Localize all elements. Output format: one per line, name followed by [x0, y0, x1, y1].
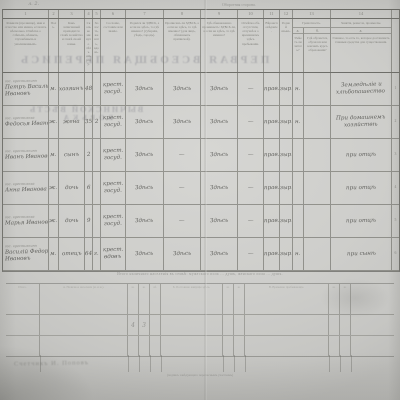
summary-cell [40, 315, 128, 335]
cell-registered-value: Здѣсь [173, 85, 191, 92]
cell-estate: крест.госуд. [101, 172, 126, 204]
cell-sex-value: м. [50, 86, 57, 93]
cell-lives: Здѣсь [201, 139, 238, 171]
estate-value: госуд. [104, 155, 122, 162]
cell-relation-value: дочь [65, 217, 79, 224]
cell-relation-value: отецъ [62, 250, 82, 257]
cell-age-value: 9 [87, 218, 91, 225]
table-row: гос. крестьянинъИванъ Ивановъм.сынъ2крес… [3, 139, 399, 172]
header-literacy-title: Грамотность. [293, 19, 330, 28]
summary-cell [150, 336, 161, 356]
cell-name: гос. крестьянкаАнна Иванова [3, 172, 49, 204]
cell-sex-value: ж. [49, 185, 57, 192]
cell-literacy-b [304, 139, 331, 171]
summary-cell [245, 315, 329, 335]
cell-born: Здѣсь [126, 106, 164, 138]
cell-age-extra-value: 2 [95, 119, 99, 126]
cell-age-value: 2 [87, 152, 91, 159]
header-born: Родился ли ЗДѢСЬ, а если не здѣсь, то гд… [126, 19, 164, 72]
cell-occupation: при отцѣ [331, 172, 392, 204]
cell-age-extra: 2 [93, 106, 101, 138]
column-number: 11 [264, 10, 280, 18]
header-literacy-group: Грамотность. а. Умѣетъ ли читать? б. Гдѣ… [293, 19, 331, 72]
cell-language: зыр. [280, 205, 293, 237]
summary-cell [6, 336, 40, 356]
header-religion: Вѣроисповѣданіе. [264, 19, 280, 72]
census-table: 1234567891011121314 Фамилія (прозвище), … [2, 9, 400, 272]
summary-group-a: А. Наличное населеніе (м. и ж.). [40, 284, 128, 314]
literacy-a-text: Умѣетъ ли читать? [293, 34, 303, 54]
table-row: гос. крестьянкаФедосья Ивановаж.жена352к… [3, 106, 399, 139]
cell-absence: — [238, 139, 264, 171]
summary-sub-j1: ж. [139, 284, 150, 314]
header-relation: Какъ записанный приходится главѣ хозяйст… [59, 19, 85, 72]
cell-line-number: 6 [392, 238, 399, 270]
cell-registered-value: — [179, 218, 185, 225]
summary-sub-j3: ж. [340, 284, 351, 314]
summary-sub-o1: об. [150, 284, 161, 314]
column-number: 12 [280, 10, 293, 18]
cell-born: Здѣсь [126, 73, 164, 105]
cell-age-extra [93, 205, 101, 237]
cell-absence-value: — [248, 251, 254, 258]
cell-religion-value: прав. [264, 217, 279, 224]
cell-estate: крест.госуд. [101, 106, 126, 138]
summary-cell [234, 336, 245, 356]
cell-lives-value: Здѣсь [210, 118, 228, 125]
summary-mark-m: 4 [128, 315, 139, 335]
cell-absence-value: — [248, 119, 254, 126]
cell-relation: сынъ [59, 139, 85, 171]
literacy-b-text: Гдѣ обучается, обучался или кончилъ курс… [304, 34, 331, 54]
header-line-number-strip [392, 19, 399, 72]
table-row: гос. крестьянинъВасилій ФедоровъИвановъм… [3, 238, 399, 271]
cell-literacy-a [293, 172, 304, 204]
occupation-value: при отцѣ [346, 151, 376, 158]
cell-age-value: 6 [87, 185, 91, 192]
cell-lives-value: Здѣсь [210, 217, 228, 224]
cell-lives: Здѣсь [201, 205, 238, 237]
cell-name: гос. крестьянинъПетръ ВасильевъИвановъ [3, 73, 49, 105]
cell-sex-value: м. [50, 152, 57, 159]
cell-sex: м. [49, 139, 59, 171]
cell-literacy-b [304, 106, 331, 138]
cell-language-value: зыр. [280, 250, 293, 257]
cell-literacy-a-value: н. [295, 251, 301, 258]
cell-born-value: Здѣсь [135, 118, 153, 125]
cell-absence: — [238, 106, 264, 138]
cell-estate: крест.госуд. [101, 139, 126, 171]
cell-lives: Здѣсь [201, 238, 238, 270]
summary-cell [150, 315, 161, 335]
cell-absence: — [238, 205, 264, 237]
cell-religion: прав. [264, 106, 280, 138]
summary-cell [340, 315, 351, 335]
table-row: гос. крестьянинъПетръ ВасильевъИвановъм.… [3, 73, 399, 106]
summary-cell [6, 315, 40, 335]
cell-registered: — [164, 172, 201, 204]
column-number: 14 [331, 10, 392, 18]
summary-cell [340, 336, 351, 356]
table-row: гос. крестьянкаМарья Ивановаж.дочь9крест… [3, 205, 399, 238]
cell-religion-value: прав. [264, 184, 279, 191]
cell-born: Здѣсь [126, 238, 164, 270]
cell-religion: прав. [264, 205, 280, 237]
cell-age-extra: г. [93, 238, 101, 270]
occupation-value: при отцѣ [346, 217, 376, 224]
cell-occupation: Земледѣліе ихлѣбопашество [331, 73, 392, 105]
cell-sex: м. [49, 73, 59, 105]
cell-language: зыр. [280, 73, 293, 105]
column-number: 5 [93, 10, 101, 18]
cell-name: гос. крестьянкаФедосья Иванова [3, 106, 49, 138]
cell-estate: крест.госуд. [101, 73, 126, 105]
cell-registered: Здѣсь [164, 73, 201, 105]
cell-relation-value: хозяинъ [59, 85, 83, 92]
summary-cell [329, 336, 340, 356]
line-number-value: 1 [395, 87, 397, 91]
cell-lives-value: Здѣсь [210, 184, 228, 191]
column-number: 2 [49, 10, 59, 18]
cell-relation-value: жена [63, 118, 80, 125]
cell-line-number: 5 [392, 205, 399, 237]
cell-absence: — [238, 172, 264, 204]
summary-cell [234, 315, 245, 335]
occupation-value: хозяйствѣ [344, 122, 378, 130]
person-name: Ивановъ [5, 91, 31, 98]
cell-language-value: зыр. [280, 151, 293, 158]
summary-cell [161, 315, 223, 335]
summary-data-row-2 [6, 336, 394, 356]
cell-lives-value: Здѣсь [210, 85, 228, 92]
column-number: 13 [293, 10, 331, 18]
cell-language-value: зыр. [280, 184, 293, 191]
cell-line-number: 2 [392, 106, 399, 138]
header-literacy-subcolumns: а. Умѣетъ ли читать? б. Гдѣ обучается, о… [293, 28, 330, 72]
cell-registered: Здѣсь [164, 238, 201, 270]
cell-age-value: 48 [85, 86, 92, 93]
cell-language: зыр. [280, 139, 293, 171]
cell-absence: — [238, 238, 264, 270]
header-estate: Сословіе, состояніе или званіе. [101, 19, 126, 72]
header-literacy-a: а. Умѣетъ ли читать? [293, 28, 304, 72]
cell-line-number: 3 [392, 139, 399, 171]
cell-registered-value: — [179, 152, 185, 159]
cell-language-value: зыр. [280, 217, 293, 224]
summary-sub-m3: м. [329, 284, 340, 314]
cell-religion: прав. [264, 139, 280, 171]
summary-table: Итого. А. Наличное населеніе (м. и ж.). … [6, 283, 394, 357]
cell-lives-value: Здѣсь [210, 151, 228, 158]
person-name: Анна Иванова [5, 186, 47, 194]
cell-occupation: при отцѣ [331, 205, 392, 237]
totals-line: Итого наличнаго населенія въ семьѣ: муже… [30, 272, 370, 276]
cell-literacy-a [293, 205, 304, 237]
enumerator-signature: Счетчикъ И. Поповъ [14, 359, 89, 367]
cell-age: 64 [85, 238, 93, 270]
cell-religion: прав. [264, 238, 280, 270]
column-number: 9 [201, 10, 238, 18]
summary-cell [329, 315, 340, 335]
line-number-value: 6 [395, 252, 397, 256]
column-number: 7 [126, 10, 164, 18]
cell-occupation: при отцѣ [331, 139, 392, 171]
cell-registered: Здѣсь [164, 106, 201, 138]
cell-religion-value: прав. [264, 118, 279, 125]
cell-language-value: зыр. [280, 85, 293, 92]
cell-age: 48 [85, 73, 93, 105]
cell-absence-value: — [248, 185, 254, 192]
summary-cell [139, 336, 150, 356]
cell-age-extra [93, 172, 101, 204]
page-top-title: Оборотная сторона. [222, 2, 256, 7]
cell-born-value: Здѣсь [135, 217, 153, 224]
page-corner-note: л. 2. [28, 1, 39, 7]
cell-relation: дочь [59, 205, 85, 237]
cell-age: 2 [85, 139, 93, 171]
cell-estate: крест.госуд. [101, 205, 126, 237]
header-registered: Прописанъ ли ЗДѢСЬ, а если не здѣсь, то … [164, 19, 201, 72]
column-numbers-row: 1234567891011121314 [3, 10, 399, 19]
cell-literacy-b [304, 73, 331, 105]
cell-literacy-a: н. [293, 73, 304, 105]
cell-relation-value: дочь [65, 184, 79, 191]
cell-age: 35 [85, 106, 93, 138]
cell-absence-value: — [248, 152, 254, 159]
summary-sub-m2: м. [223, 284, 234, 314]
summary-cell [245, 336, 329, 356]
summary-cell [161, 336, 223, 356]
column-number: 1 [3, 10, 49, 18]
person-name: Иванъ Ивановъ [5, 153, 49, 161]
cell-registered-value: — [179, 185, 185, 192]
table-header-row: Фамилія (прозвище), имя и отчество или и… [3, 19, 399, 73]
cell-sex: ж. [49, 172, 59, 204]
cell-name: гос. крестьянкаМарья Иванова [3, 205, 49, 237]
signature-caption: (подпись завѣдующаго переписнымъ участко… [120, 373, 280, 377]
header-sex: Полъ. [49, 19, 59, 72]
summary-sub-j2: ж. [234, 284, 245, 314]
column-number: 4 [85, 10, 93, 18]
person-name: Марья Иванова [5, 219, 49, 227]
header-occupation-a-text: Главное, то есть то, которое доставляетъ… [331, 34, 391, 46]
cell-absence-value: — [248, 218, 254, 225]
cell-literacy-a [293, 139, 304, 171]
header-occupation-group: Занятія, ремесла, промыслы. а. Главное, … [331, 19, 392, 72]
cell-name: гос. крестьянинъВасилій ФедоровъИвановъ [3, 238, 49, 270]
cell-born-value: Здѣсь [135, 250, 153, 257]
cell-relation-value: сынъ [64, 151, 79, 158]
cell-lives-value: Здѣсь [210, 250, 228, 257]
estate-value: госуд. [104, 188, 122, 195]
cell-sex: ж. [49, 205, 59, 237]
census-form-scan: л. 2. Оборотная сторона. ПЕРВАЯ ВСЕОБЩАЯ… [0, 0, 400, 400]
cell-line-number: 1 [392, 73, 399, 105]
cell-relation: хозяинъ [59, 73, 85, 105]
cell-born: Здѣсь [126, 205, 164, 237]
cell-religion-value: прав. [264, 250, 279, 257]
cell-religion: прав. [264, 73, 280, 105]
header-absence: Отмѣтка объ отсутствіи, отлучкѣ и о врем… [238, 19, 264, 72]
cell-language-value: зыр. [280, 118, 293, 125]
person-name: Ивановъ [5, 256, 31, 263]
estate-value: госуд. [104, 122, 122, 129]
cell-relation: отецъ [59, 238, 85, 270]
estate-value: госуд. [104, 221, 122, 228]
column-number [392, 10, 399, 18]
header-language: Родной языкъ. [280, 19, 293, 72]
cell-born-value: Здѣсь [135, 184, 153, 191]
header-literacy-b: б. Гдѣ обучается, обучался или кончилъ к… [304, 28, 331, 72]
summary-group-c: В. Временно пребывающіе. [245, 284, 329, 314]
line-number-value: 5 [395, 219, 397, 223]
cell-estate: крест.вдовъ [101, 238, 126, 270]
cell-age-extra [93, 139, 101, 171]
cell-religion-value: прав. [264, 85, 279, 92]
occupation-value: при отцѣ [346, 184, 376, 191]
cell-line-number: 4 [392, 172, 399, 204]
line-number-value: 4 [395, 186, 397, 190]
cell-relation: жена [59, 106, 85, 138]
cell-sex-value: ж. [49, 119, 57, 126]
summary-col-notes [351, 284, 400, 314]
summary-cell [351, 336, 400, 356]
cell-age-value: 35 [85, 119, 92, 126]
cell-born: Здѣсь [126, 172, 164, 204]
summary-data-row-1: 4 3 [6, 315, 394, 336]
summary-cell [223, 315, 234, 335]
cell-absence-value: — [248, 86, 254, 93]
cell-absence: — [238, 73, 264, 105]
line-number-value: 3 [395, 153, 397, 157]
cell-sex: ж. [49, 106, 59, 138]
occupation-value: хлѣбопашество [336, 88, 385, 96]
cell-literacy-b [304, 238, 331, 270]
summary-cell [128, 336, 139, 356]
summary-sub-m1: м. [128, 284, 139, 314]
summary-header-row: Итого. А. Наличное населеніе (м. и ж.). … [6, 284, 394, 315]
table-row: гос. крестьянкаАнна Ивановаж.дочь6крест.… [3, 172, 399, 205]
table-body: гос. крестьянинъПетръ ВасильевъИвановъм.… [3, 73, 399, 271]
cell-age-extra-value: г. [94, 251, 99, 258]
cell-sex-value: ж. [49, 218, 57, 225]
column-number: 6 [101, 10, 126, 18]
header-age: Сколько минуло лѣтъ отъ роду. [85, 19, 93, 72]
column-number: 3 [59, 10, 85, 18]
cell-lives: Здѣсь [201, 73, 238, 105]
cell-language: зыр. [280, 172, 293, 204]
cell-age-extra [93, 73, 101, 105]
cell-born: Здѣсь [126, 139, 164, 171]
cell-occupation: При домашнемъхозяйствѣ [331, 106, 392, 138]
cell-literacy-a-value: н. [295, 86, 301, 93]
occupation-value: при сынѣ [346, 250, 375, 257]
summary-cell [351, 315, 400, 335]
cell-literacy-a: н. [293, 238, 304, 270]
summary-cell [223, 336, 234, 356]
cell-lives: Здѣсь [201, 172, 238, 204]
cell-literacy-b [304, 205, 331, 237]
person-name: Федосья Иванова [5, 120, 49, 128]
header-occupation-title: Занятія, ремесла, промыслы. [331, 19, 391, 28]
cell-relation: дочь [59, 172, 85, 204]
column-number: 10 [238, 10, 264, 18]
cell-age-value: 64 [85, 251, 92, 258]
cell-literacy-b [304, 172, 331, 204]
summary-group-b: Б. Постоянно живущіе здѣсь. [161, 284, 223, 314]
cell-registered: — [164, 205, 201, 237]
cell-born-value: Здѣсь [135, 151, 153, 158]
cell-literacy-a-value: н. [295, 119, 301, 126]
cell-registered: — [164, 139, 201, 171]
cell-age: 6 [85, 172, 93, 204]
cell-age: 9 [85, 205, 93, 237]
cell-registered-value: Здѣсь [173, 250, 191, 257]
cell-occupation: при сынѣ [331, 238, 392, 270]
cell-literacy-a: н. [293, 106, 304, 138]
header-lives: Гдѣ обыкновенно проживаетъ: ЗДѢСЬ ли, а … [201, 19, 238, 72]
cell-sex: м. [49, 238, 59, 270]
cell-name: гос. крестьянинъИванъ Ивановъ [3, 139, 49, 171]
cell-religion: прав. [264, 172, 280, 204]
summary-mark-j: 3 [139, 315, 150, 335]
cell-religion-value: прав. [264, 151, 279, 158]
cell-sex-value: м. [50, 251, 57, 258]
column-number: 8 [164, 10, 201, 18]
cell-language: зыр. [280, 106, 293, 138]
summary-col-total: Итого. [6, 284, 40, 314]
header-name: Фамилія (прозвище), имя и отчество или и… [3, 19, 49, 72]
line-number-value: 2 [395, 120, 397, 124]
summary-cell [40, 336, 128, 356]
cell-born-value: Здѣсь [135, 85, 153, 92]
estate-value: госуд. [104, 89, 122, 96]
cell-registered-value: Здѣсь [173, 118, 191, 125]
header-marital: Холостъ, женатъ, вдовъ. [93, 19, 101, 72]
cell-language: зыр. [280, 238, 293, 270]
estate-value: вдовъ [104, 254, 121, 261]
cell-lives: Здѣсь [201, 106, 238, 138]
